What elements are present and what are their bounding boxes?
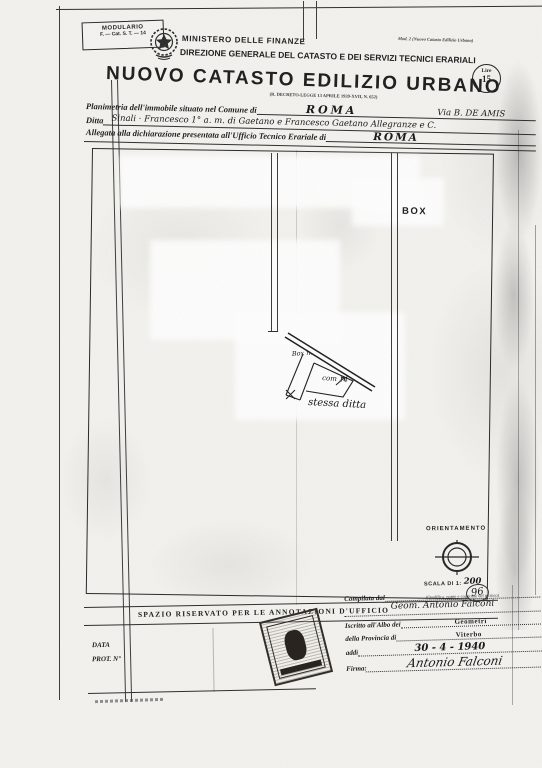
orientation-compass-icon [434, 538, 480, 578]
ufficio-blank [466, 134, 536, 146]
fold-line-top-b [316, 1, 317, 39]
prot-label: PROT. N° [92, 655, 121, 664]
revenue-stamp-inner [266, 615, 326, 679]
scanned-cadastral-form: MODULARIO F. — Cat. S. T. — 14 MINISTERO… [0, 0, 542, 768]
lire-stamp-value: 15 [473, 75, 500, 84]
via-value: Via B. DE AMIS [407, 107, 536, 121]
scan-line-right-a [518, 130, 519, 630]
directorate-name: DIREZIONE GENERALE DEL CATASTO E DEI SER… [180, 47, 476, 65]
albo-label: Iscritto all'Albo dei [345, 620, 401, 630]
scan-line-right-b [535, 225, 536, 595]
printer-imprint [95, 698, 163, 703]
sketch-note-box: Box n. [291, 349, 313, 358]
fold-line-top-a [303, 1, 304, 41]
interior-line-right [391, 153, 398, 541]
ministry-name: MINISTERO DELLE FINANZE [182, 34, 306, 46]
page-left-rule [59, 6, 60, 700]
comune-value: ROMA [257, 104, 407, 118]
data-label: DATA [92, 641, 110, 649]
form-model-note: Mod. 2 (Nuovo Catasto Edilizio Urbano) [398, 36, 473, 43]
erased-area [352, 178, 444, 226]
box-label: BOX [402, 206, 427, 217]
scan-line-bottom-right [512, 585, 513, 705]
state-emblem-icon [146, 25, 182, 63]
annotations-bottom-rule [88, 688, 316, 694]
revenue-stamp-band [280, 659, 322, 675]
annotations-divider [212, 628, 214, 692]
sketch-note-com: com 14 [322, 374, 348, 384]
firma-label: Firma: [346, 664, 367, 673]
ditta-label: Ditta [86, 115, 104, 125]
compiled-label: Compilata dal [344, 594, 385, 603]
sketch-note-ditta: stessa ditta [308, 397, 367, 411]
lire-stamp: Lire 15 [472, 64, 501, 93]
revenue-stamp [259, 608, 333, 687]
interior-line-left [271, 153, 278, 331]
provincia-label: della Provincia di [345, 634, 396, 643]
parcel-sketch: Box n. com 14 stessa ditta [248, 323, 390, 425]
page-top-rule [56, 6, 542, 10]
ufficio-value: ROMA [326, 131, 466, 145]
addi-label: addì [346, 649, 359, 657]
orientation-label: ORIENTAMENTO [426, 526, 486, 533]
revenue-stamp-figure [282, 628, 309, 662]
